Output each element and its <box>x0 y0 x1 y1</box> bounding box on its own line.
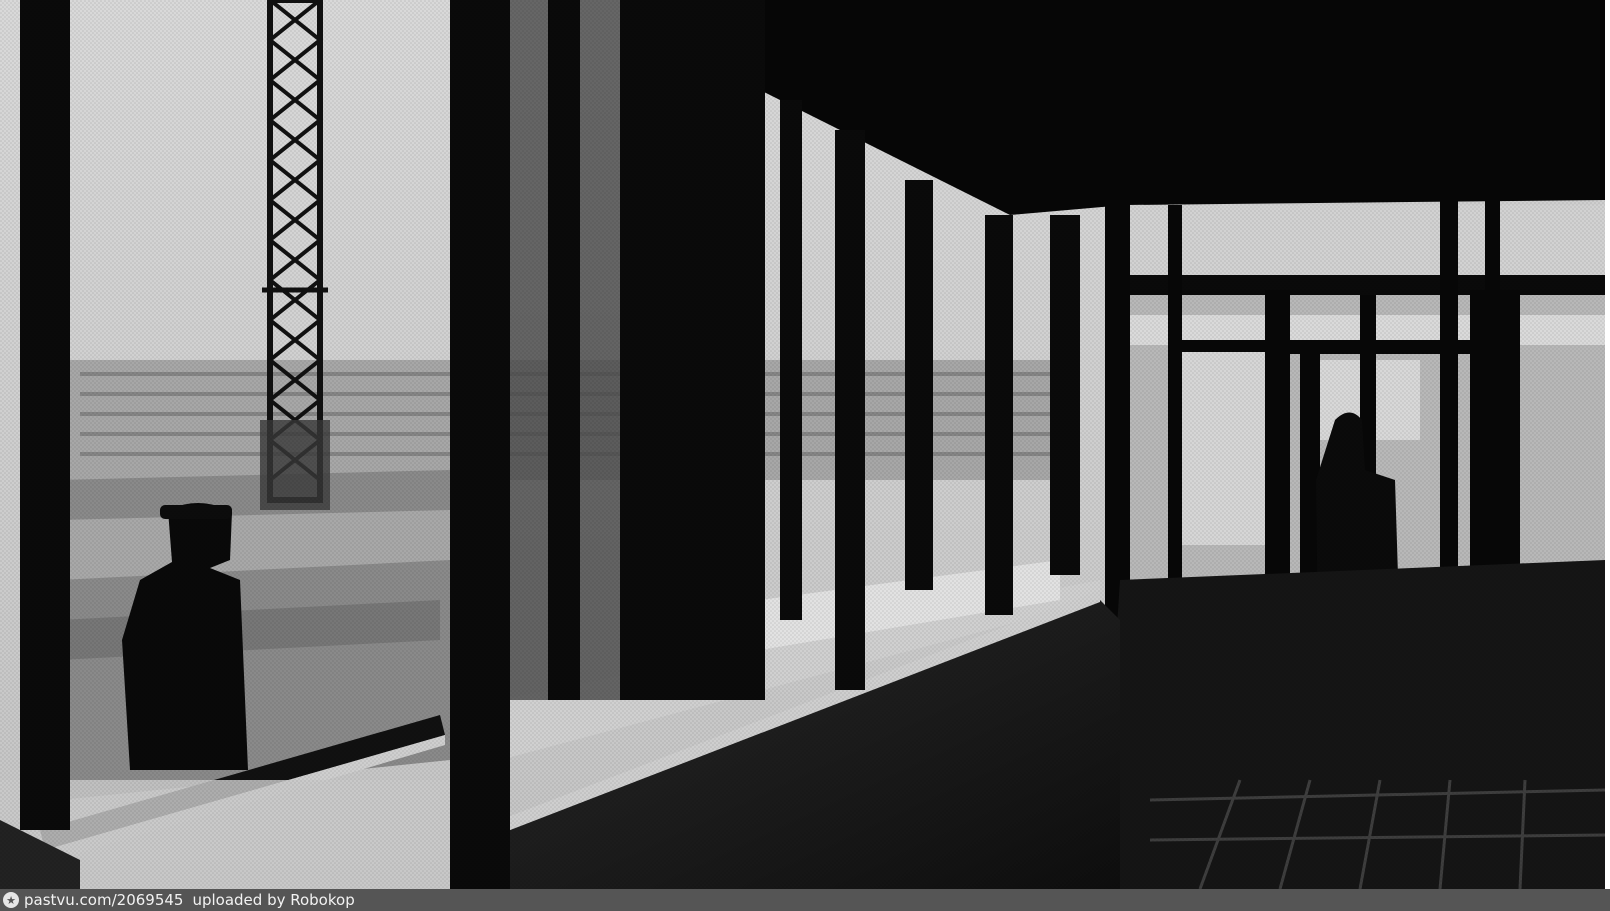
star-icon: ★ <box>3 892 19 908</box>
photo-canvas <box>0 0 1605 889</box>
caption-bar: ★ pastvu.com/2069545 uploaded by Robokop <box>0 889 1610 911</box>
image-right-margin <box>1605 0 1610 889</box>
source-link[interactable]: pastvu.com/2069545 <box>24 891 183 909</box>
archival-photo <box>0 0 1605 889</box>
uploader-credit: uploaded by Robokop <box>192 891 354 909</box>
